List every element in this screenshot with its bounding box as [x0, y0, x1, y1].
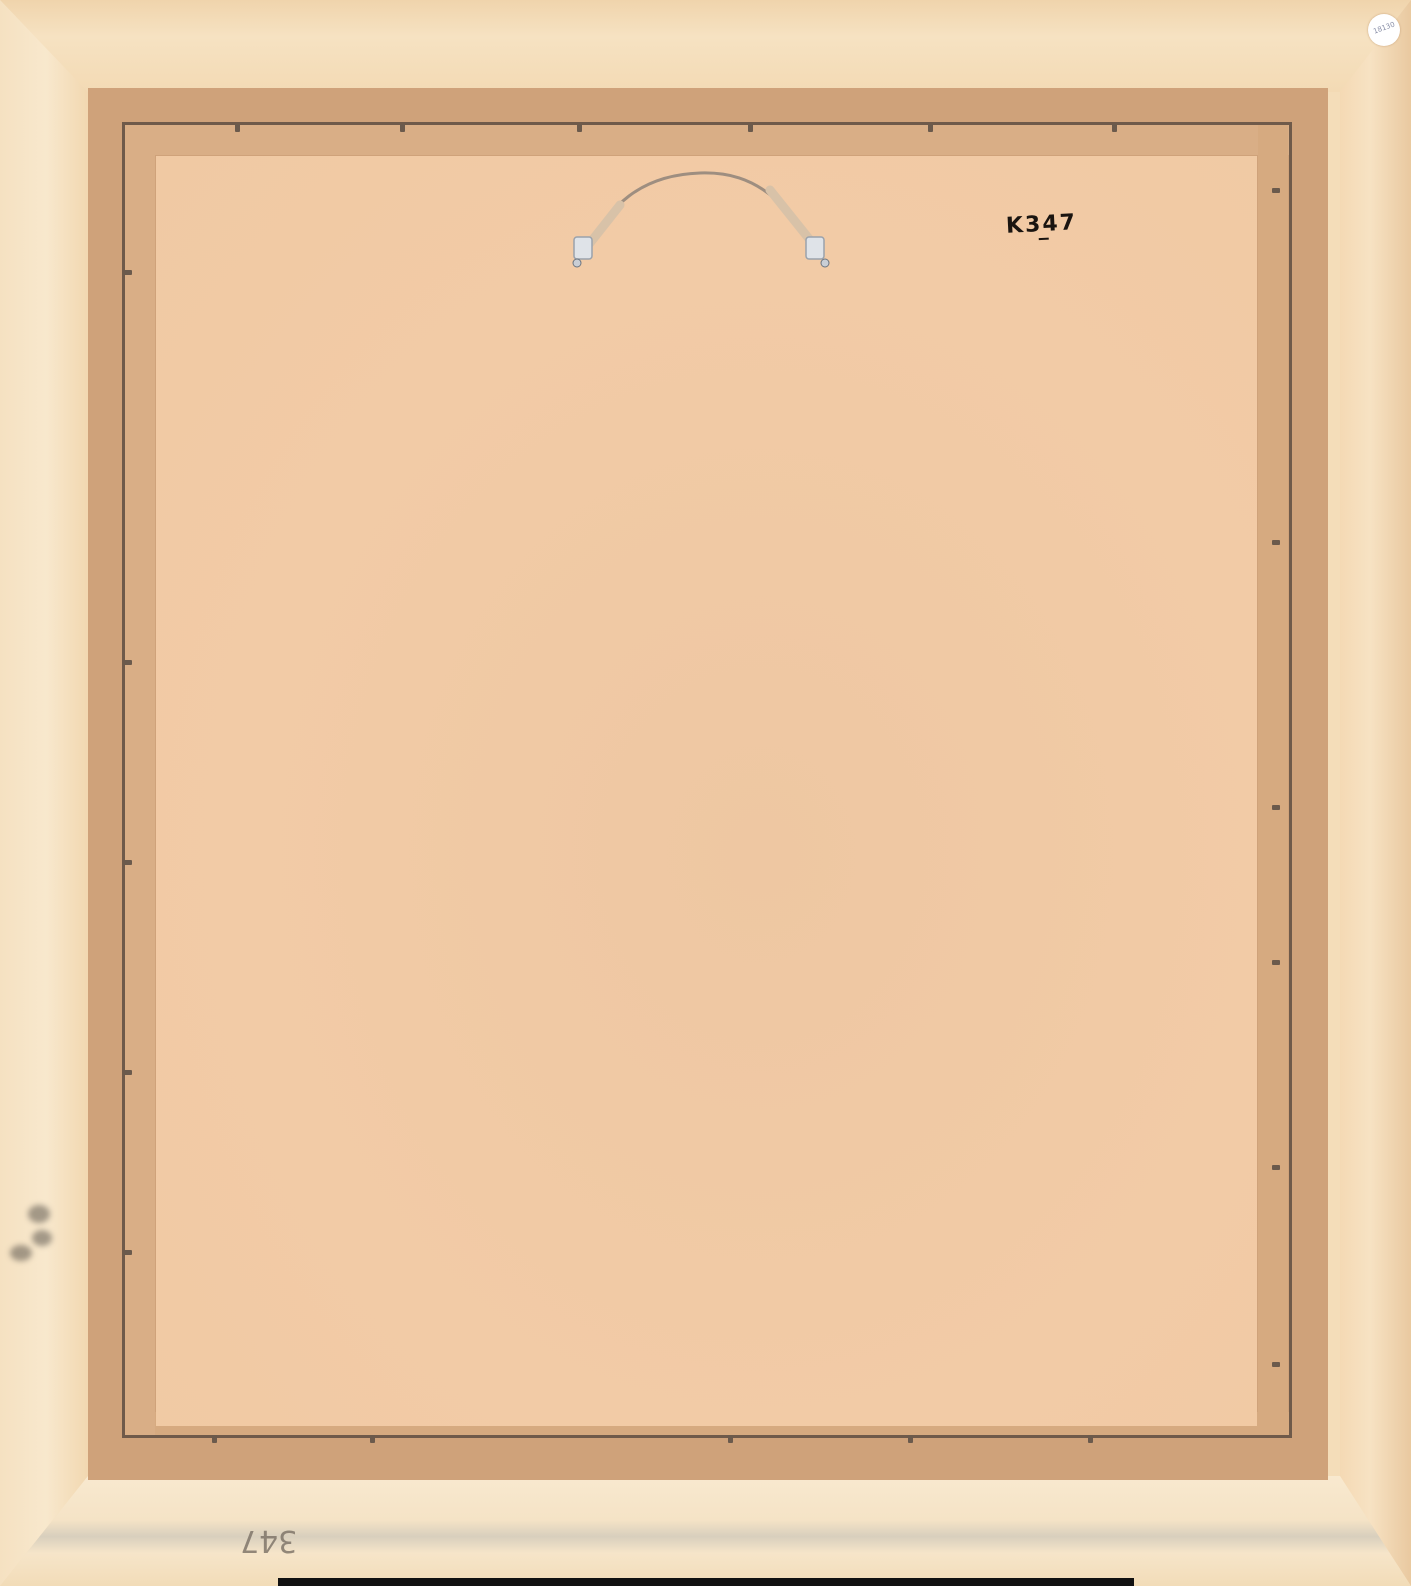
nail [928, 124, 933, 132]
nail [1272, 805, 1280, 810]
nail [1272, 1362, 1280, 1367]
backing-board [156, 156, 1257, 1426]
nail [400, 124, 405, 132]
dark-base-strip [278, 1578, 1134, 1586]
frame-bottom-rail [0, 1476, 1411, 1586]
nail [124, 860, 132, 865]
nail [728, 1435, 733, 1443]
nail [235, 124, 240, 132]
nail [1272, 1165, 1280, 1170]
nail [1272, 540, 1280, 545]
sticker-text: 18130 [1372, 20, 1396, 35]
wire-hanger [570, 165, 840, 275]
nail [124, 1070, 132, 1075]
nail [1112, 124, 1117, 132]
nail [748, 124, 753, 132]
frame-right-rail [1336, 0, 1411, 1586]
nail [577, 124, 582, 132]
smudge [28, 1205, 50, 1223]
nail [212, 1435, 217, 1443]
frame-left-rail [0, 0, 92, 1586]
nail [1088, 1435, 1093, 1443]
round-sticker: 18130 [1368, 14, 1400, 46]
nail [1272, 960, 1280, 965]
smudge [10, 1245, 32, 1261]
nail [908, 1435, 913, 1443]
nail [124, 660, 132, 665]
smudge [32, 1230, 52, 1246]
frame-top-rail [0, 0, 1411, 92]
nail [124, 1250, 132, 1255]
inventory-number: K347 [1005, 210, 1077, 239]
nail [124, 270, 132, 275]
picture-frame: K347 347 18130 [0, 0, 1411, 1586]
pencil-inscription: 347 [240, 1523, 297, 1558]
nail [370, 1435, 375, 1443]
nail [1272, 188, 1280, 193]
inventory-number-text: K347 [1005, 210, 1077, 239]
